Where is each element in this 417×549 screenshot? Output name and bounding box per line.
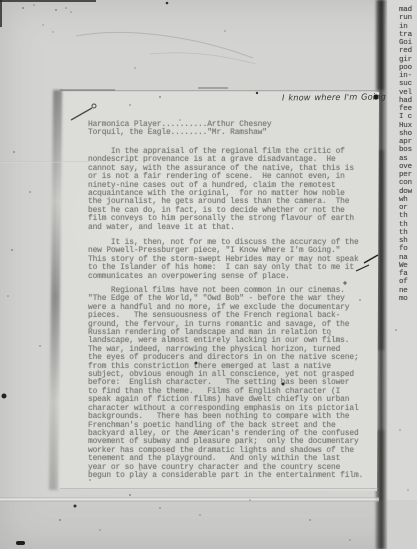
pen-plus-mark (343, 281, 347, 285)
clipping-bottom-edge (60, 488, 378, 489)
ink-blob (16, 541, 25, 545)
marks-and-speckles-overlay (0, 0, 417, 549)
pencil-curve-mark (76, 32, 253, 58)
noise-speckles (7, 4, 409, 541)
photocopied-review-page: mad run in tra Goi red gir poo in- suc v… (0, 0, 417, 549)
ink-blob (373, 94, 378, 99)
copy-edge-artifact (0, 0, 96, 2)
ink-speck (282, 383, 285, 386)
pen-slash-mark (356, 265, 369, 271)
clipping-top-edge-dark (198, 87, 228, 89)
ink-speck (256, 92, 258, 94)
pencil-arrow-mark (71, 108, 92, 120)
copy-edge-artifact (0, 0, 2, 27)
pencil-arrow-head (92, 104, 96, 108)
ink-blob (2, 394, 7, 399)
pen-slash-mark (364, 255, 378, 263)
pencil-curve-mark (150, 53, 256, 64)
clipping-top-edge-dark (60, 89, 115, 91)
ink-speck (74, 505, 77, 508)
ink-speck (166, 2, 169, 5)
ink-speck (195, 362, 198, 365)
